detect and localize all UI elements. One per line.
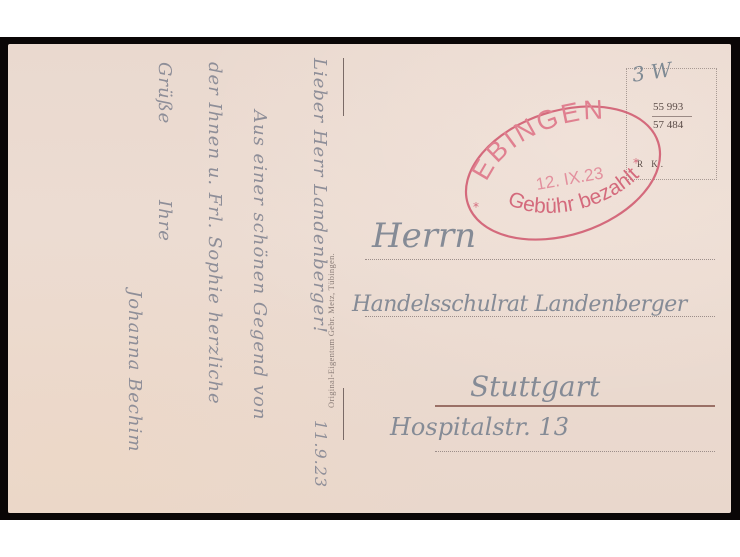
svg-text:*: * — [633, 156, 639, 170]
center-divider-bottom — [343, 388, 344, 440]
message-line-6: Johanna Bechim — [124, 290, 145, 452]
message-line-2: Aus einer schönen Gegend von — [249, 110, 270, 420]
message-line-5: Ihre — [154, 200, 175, 242]
cancellation-stamp: EBINGEN 12. IX.23 Gebühr bezahlt * * — [455, 95, 670, 245]
message-line-1: Lieber Herr Landenberger! — [309, 58, 330, 334]
address-city: Stuttgart — [470, 370, 600, 403]
message-line-4: Grüße — [154, 62, 175, 124]
center-divider-top — [343, 58, 344, 116]
address-street: Hospitalstr. 13 — [390, 413, 569, 441]
message-date: 11.9.23 — [311, 420, 330, 488]
address-name: Handelsschulrat Landenberger — [352, 292, 687, 317]
message-line-3: der Ihnen u. Frl. Sophie herzliche — [204, 62, 225, 405]
address-salutation: Herrn — [372, 216, 476, 256]
svg-text:*: * — [473, 200, 479, 214]
address-line-2 — [365, 316, 715, 317]
address-line-4 — [435, 451, 715, 452]
address-city-underline — [435, 405, 715, 407]
address-line-1 — [365, 259, 715, 260]
